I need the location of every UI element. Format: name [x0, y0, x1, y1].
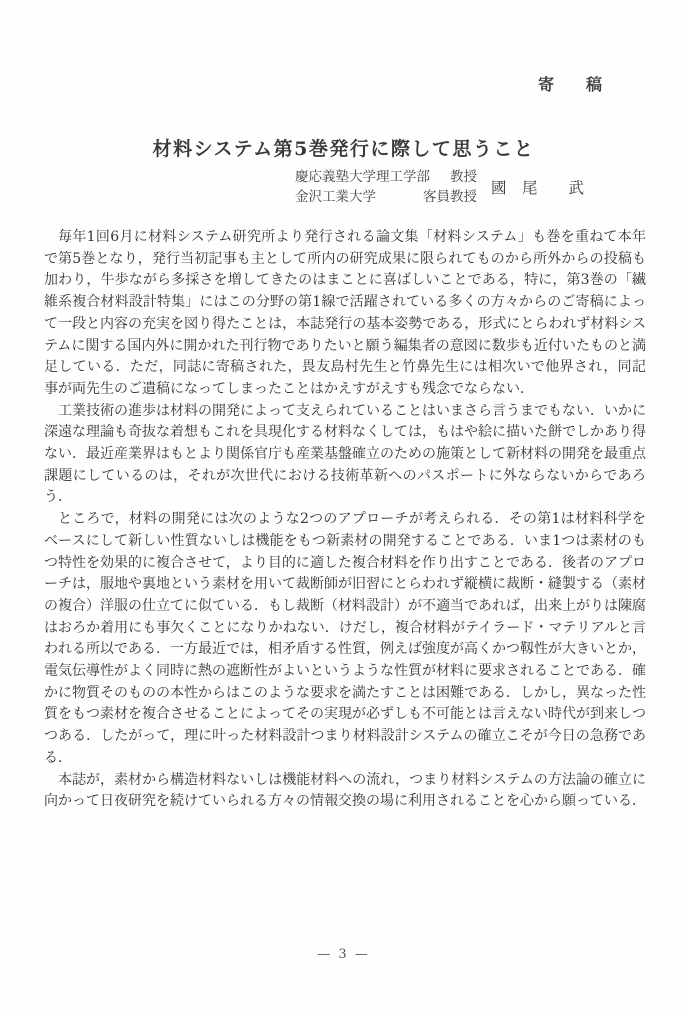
article-body: 毎年1回6月に材料システム研究所より発行される論文集「材料システム」も巻を重ねて…	[44, 227, 646, 813]
body-paragraph: 毎年1回6月に材料システム研究所より発行される論文集「材料システム」も巻を重ねて…	[44, 227, 646, 401]
affiliation-org: 金沢工業大学	[295, 187, 376, 207]
affiliation-role: 客員教授	[423, 187, 477, 207]
body-paragraph: 本誌が，素材から構造材料ないしは機能材料への流れ，つまり材料システムの方法論の確…	[44, 770, 646, 813]
page-title: 材料システム第5巻発行に際して思うこと	[0, 134, 687, 161]
page-number: — 3 —	[0, 947, 687, 962]
author-affiliations: 慶応義塾大学理工学部 教授 金沢工業大学 客員教授	[295, 167, 477, 207]
affiliation-role: 教授	[450, 167, 477, 187]
body-paragraph: 工業技術の進歩は材料の開発によって支えられていることはいまさら言うまでもない．い…	[44, 401, 646, 510]
affiliation-org: 慶応義塾大学理工学部	[295, 167, 430, 187]
scanned-document-page: 寄 稿 材料システム第5巻発行に際して思うこと 慶応義塾大学理工学部 教授 金沢…	[0, 0, 687, 1014]
affiliation-row: 慶応義塾大学理工学部 教授	[295, 167, 477, 187]
affiliation-row: 金沢工業大学 客員教授	[295, 187, 477, 207]
body-paragraph: ところで，材料の開発には次のような2つのアプローチが考えられる．その第1は材料科…	[44, 509, 646, 769]
author-name: 國 尾 武	[491, 176, 584, 198]
contribution-header-label: 寄 稿	[538, 72, 602, 95]
author-block: 慶応義塾大学理工学部 教授 金沢工業大学 客員教授 國 尾 武	[295, 167, 584, 207]
